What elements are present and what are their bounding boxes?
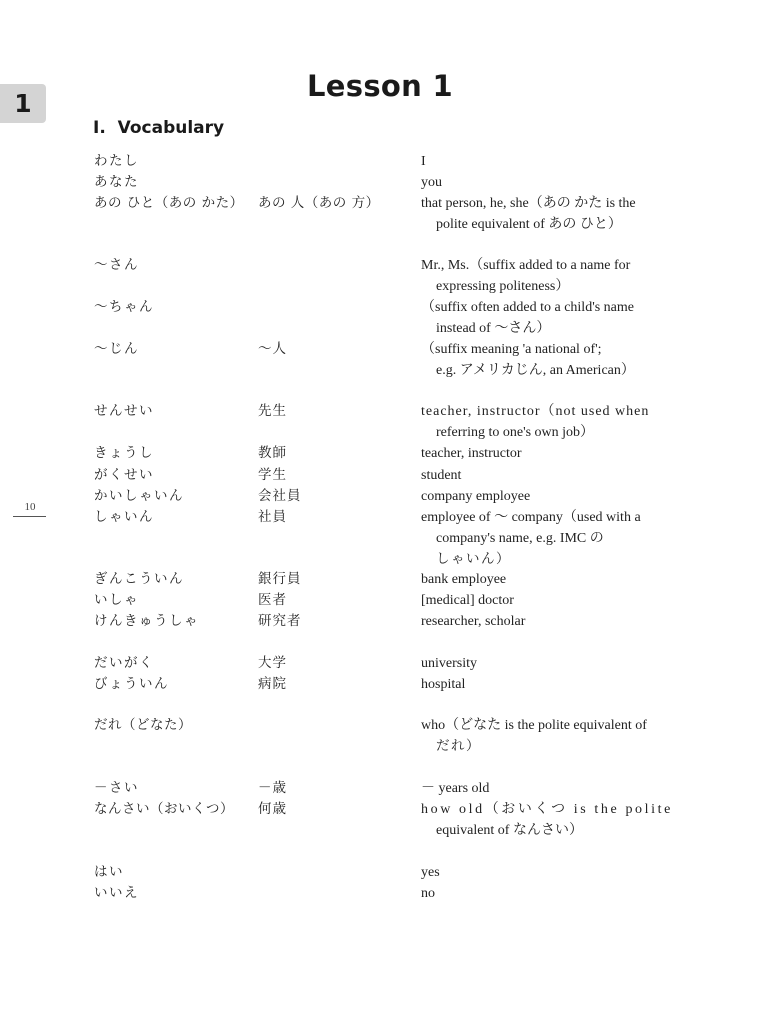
- vocab-reading: はい: [94, 862, 124, 883]
- vocab-meaning: who（どなた is the polite equivalent of: [421, 715, 647, 736]
- vocab-reading: だれ（どなた）: [94, 715, 192, 736]
- vocab-kanji: 病院: [258, 674, 287, 695]
- vocab-reading: ぎんこういん: [94, 569, 184, 590]
- vocab-meaning: yes: [421, 862, 440, 883]
- vocab-meaning: employee of ～ company（used with a: [421, 507, 641, 528]
- vocab-meaning: Mr., Ms.（suffix added to a name for: [421, 255, 630, 276]
- vocabulary-list: わたし I あなた you あの ひと（あの かた） あの 人（あの 方） th…: [0, 0, 768, 1024]
- vocab-meaning: no: [421, 883, 435, 904]
- vocab-reading: びょういん: [94, 674, 169, 695]
- vocab-meaning: I: [421, 151, 426, 172]
- vocab-meaning-continued: equivalent of なんさい）: [436, 820, 583, 841]
- vocab-kanji: 医者: [258, 590, 287, 611]
- vocab-kanji: 社員: [258, 507, 287, 528]
- vocab-meaning: how old（おいくつ is the polite: [421, 799, 673, 820]
- vocab-meaning: teacher, instructor（not used when: [421, 401, 649, 422]
- vocab-meaning-continued: polite equivalent of あの ひと）: [436, 214, 622, 235]
- vocab-reading: いしゃ: [94, 590, 139, 611]
- vocab-reading: ～じん: [94, 339, 139, 360]
- vocab-meaning-continued: e.g. アメリカじん, an American）: [436, 360, 635, 381]
- vocab-meaning: researcher, scholar: [421, 611, 525, 632]
- vocab-reading: ～ちゃん: [94, 297, 154, 318]
- vocab-meaning: you: [421, 172, 442, 193]
- vocab-reading: せんせい: [94, 401, 154, 422]
- vocab-reading: －さい: [94, 778, 139, 799]
- vocab-kanji: 大学: [258, 653, 287, 674]
- vocab-kanji: 研究者: [258, 611, 302, 632]
- vocab-kanji: 銀行員: [258, 569, 302, 590]
- vocab-meaning: student: [421, 465, 461, 486]
- vocab-meaning-continued: instead of ～さん）: [436, 318, 550, 339]
- vocab-meaning: bank employee: [421, 569, 506, 590]
- vocab-meaning: hospital: [421, 674, 465, 695]
- vocab-reading: けんきゅうしゃ: [94, 611, 199, 632]
- vocab-reading: ～さん: [94, 255, 139, 276]
- vocab-meaning: － years old: [421, 778, 489, 799]
- vocab-meaning: [medical] doctor: [421, 590, 514, 611]
- vocab-reading: いいえ: [94, 883, 139, 904]
- vocab-meaning-continued: しゃいん）: [436, 549, 511, 570]
- vocab-kanji: －歳: [258, 778, 287, 799]
- vocab-kanji: 何歳: [258, 799, 287, 820]
- vocab-kanji: ～人: [258, 339, 287, 360]
- vocab-reading: あの ひと（あの かた）: [94, 193, 244, 214]
- vocab-meaning: that person, he, she（あの かた is the: [421, 193, 636, 214]
- vocab-reading: きょうし: [94, 443, 154, 464]
- vocab-meaning: teacher, instructor: [421, 443, 522, 464]
- vocab-meaning-continued: referring to one's own job）: [436, 422, 594, 443]
- vocab-meaning: company employee: [421, 486, 530, 507]
- vocab-reading: だいがく: [94, 653, 154, 674]
- vocab-kanji: 先生: [258, 401, 287, 422]
- vocab-reading: がくせい: [94, 465, 154, 486]
- vocab-reading: わたし: [94, 151, 139, 172]
- vocab-meaning-continued: だれ）: [436, 736, 481, 757]
- vocab-meaning: （suffix often added to a child's name: [421, 297, 634, 318]
- vocab-reading: かいしゃいん: [94, 486, 184, 507]
- vocab-meaning-continued: expressing politeness）: [436, 276, 569, 297]
- vocab-kanji: あの 人（あの 方）: [258, 193, 380, 214]
- vocab-meaning: （suffix meaning 'a national of';: [421, 339, 602, 360]
- vocab-meaning: university: [421, 653, 477, 674]
- vocab-kanji: 学生: [258, 465, 287, 486]
- vocab-reading: なんさい（おいくつ）: [94, 799, 234, 820]
- vocab-reading: しゃいん: [94, 507, 154, 528]
- vocab-meaning-continued: company's name, e.g. IMC の: [436, 528, 604, 549]
- vocab-reading: あなた: [94, 172, 139, 193]
- vocab-kanji: 会社員: [258, 486, 302, 507]
- vocab-kanji: 教師: [258, 443, 287, 464]
